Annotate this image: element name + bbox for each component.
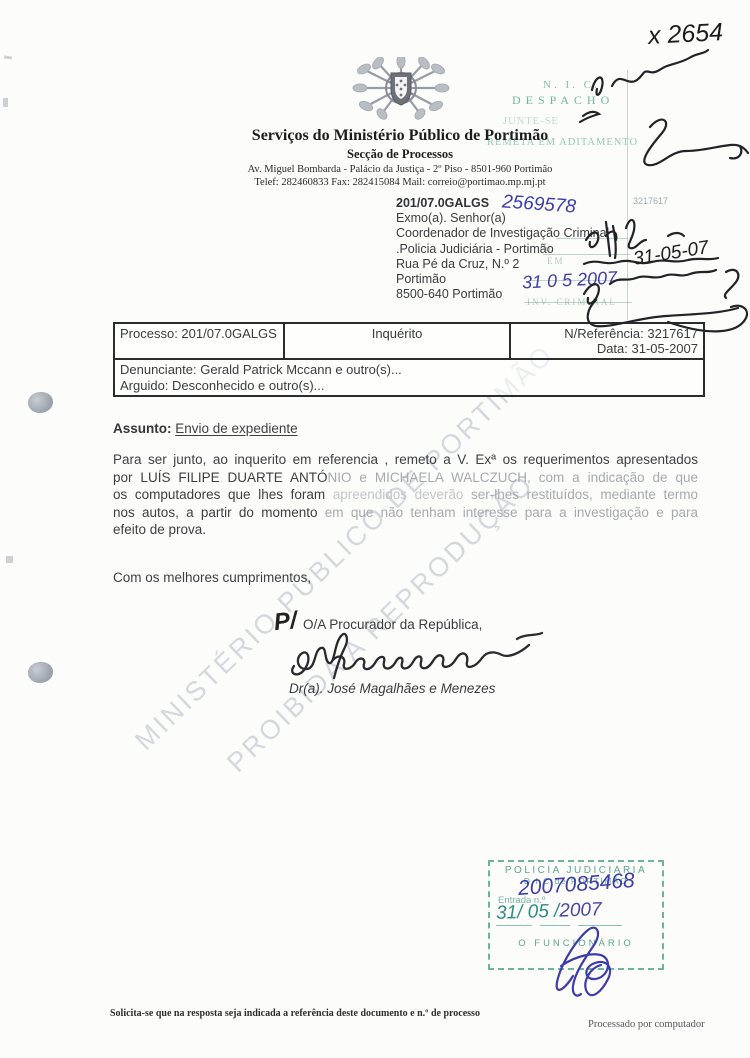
body-line: nos autos, a partir do momento em que nã…	[113, 504, 698, 522]
signer-name: Dr(a). José Magalhães e Menezes	[289, 681, 495, 696]
body-line: os computadores que lhes foram apreendid…	[113, 486, 698, 504]
subject-line: Assunto: Envio de expediente	[113, 421, 298, 436]
scan-artifact	[6, 556, 13, 563]
body-line: por LUÍS FILIPE DUARTE ANTÓNIO e MICHAEL…	[113, 469, 698, 487]
footer-processed-note: Processado por computador	[588, 1019, 705, 1030]
body-text-faded: NIO e MICHAELA WALCZUCH, com a indicação…	[328, 470, 699, 485]
table-parties-row: Denunciante: Gerald Patrick Mccann e out…	[115, 358, 703, 395]
funcionario-signature	[545, 918, 630, 1006]
prosecutor-signature	[288, 630, 548, 682]
scan-artifact	[4, 55, 12, 59]
scanned-letter-page: MINISTÉRIO PÚBLICO DE PORTIMÃO PROIBIDA …	[0, 0, 750, 1058]
cell-inquerito: Inquérito	[285, 324, 511, 358]
closing-line: Com os melhores cumprimentos,	[113, 570, 311, 585]
hole-punch-bottom	[28, 662, 53, 683]
arguido-line: Arguido: Desconhecido e outro(s)...	[120, 378, 698, 394]
cell-processo: Processo: 201/07.0GALGS	[115, 324, 285, 358]
body-line: efeito de prova.	[113, 521, 698, 539]
body-text-faded: apreendidos deverão	[333, 487, 471, 502]
body-paragraph: Para ser junto, ao inquerito em referenc…	[113, 451, 698, 539]
subject-label: Assunto:	[113, 421, 172, 436]
portugal-coat-of-arms-icon	[350, 57, 452, 125]
body-text: Para ser junto, ao inquerito em referenc…	[113, 452, 698, 467]
subject-value: Envio de expediente	[175, 421, 297, 436]
footer-note: Solicita-se que na resposta seja indicad…	[110, 1008, 580, 1019]
denunciante-line: Denunciante: Gerald Patrick Mccann e out…	[120, 362, 698, 378]
body-text: os computadores que lhes foram	[113, 487, 333, 502]
hole-punch-top	[28, 392, 53, 413]
scan-artifact	[3, 98, 8, 107]
body-text-faded: ser-lhes restituídos, mediante termo	[471, 487, 698, 502]
body-line: Para ser junto, ao inquerito em referenc…	[113, 451, 698, 469]
body-text: nos autos, a partir do momento	[113, 505, 325, 520]
body-text: efeito de prova.	[113, 522, 206, 537]
handwritten-scrawl-marks	[550, 0, 750, 340]
referencia-date: Data: 31-05-2007	[516, 341, 698, 356]
body-text-faded: em que não tenham interesse para a inves…	[325, 505, 698, 520]
body-text: por LUÍS FILIPE DUARTE ANTÓ	[113, 470, 328, 485]
